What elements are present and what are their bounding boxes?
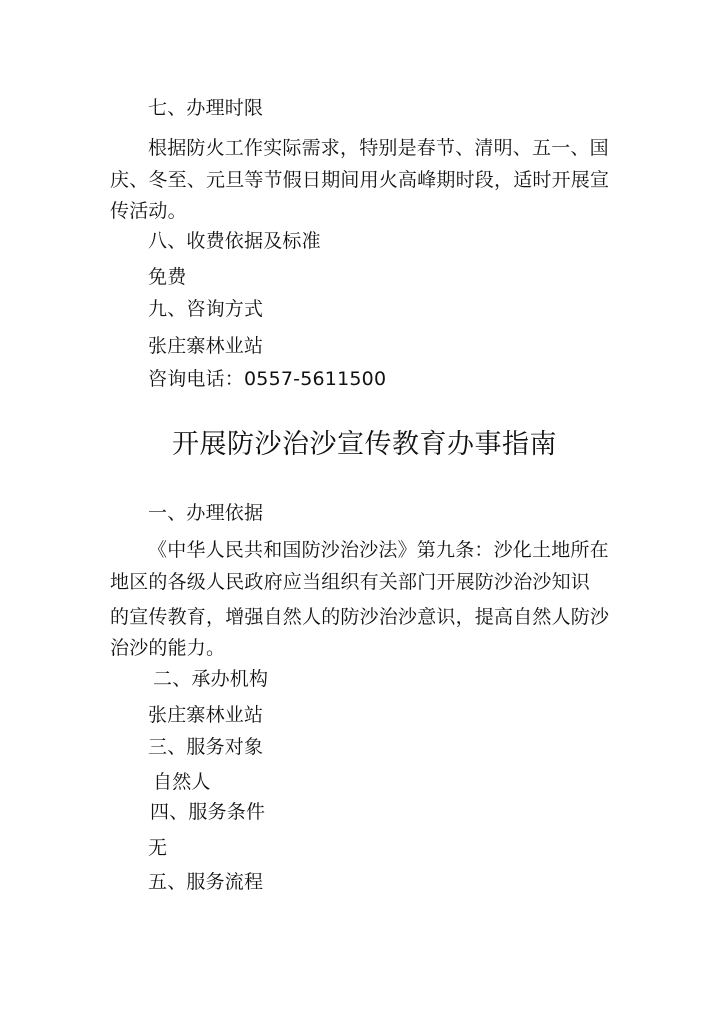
section-heading-service-target: 三、服务对象 (148, 735, 263, 759)
contact-organization: 张庄寨林业站 (148, 334, 263, 358)
organization-value: 张庄寨林业站 (148, 703, 263, 727)
section-heading-fees: 八、收费依据及标准 (148, 229, 321, 253)
phone-label: 咨询电话： (148, 368, 244, 390)
section-heading-contact: 九、咨询方式 (148, 297, 263, 321)
paragraph-line: 的宣传教育，增强自然人的防沙治沙意识，提高自然人防沙 (110, 605, 609, 629)
section-heading-service-conditions: 四、服务条件 (150, 800, 265, 824)
paragraph-line: 传活动。 (110, 199, 187, 223)
phone-number: 0557-5611500 (244, 368, 386, 390)
service-target-value: 自然人 (153, 770, 211, 794)
paragraph-line: 地区的各级人民政府应当组织有关部门开展防沙治沙知识 (110, 570, 590, 594)
page-title: 开展防沙治沙宣传教育办事指南 (172, 428, 557, 462)
paragraph-line: 《中华人民共和国防沙治沙法》第九条：沙化土地所在 (148, 538, 609, 562)
section-heading-service-process: 五、服务流程 (148, 870, 263, 894)
paragraph-line: 根据防火工作实际需求，特别是春节、清明、五一、国 (148, 136, 609, 160)
section-heading-time-limit: 七、办理时限 (148, 96, 263, 120)
fee-value: 免费 (148, 265, 186, 289)
paragraph-line: 庆、冬至、元旦等节假日期间用火高峰期时段，适时开展宣 (110, 168, 609, 192)
section-heading-organization: 二、承办机构 (153, 667, 268, 691)
contact-phone-row: 咨询电话：0557-5611500 (148, 367, 386, 391)
service-conditions-value: 无 (148, 836, 167, 860)
paragraph-line: 治沙的能力。 (110, 636, 225, 660)
section-heading-legal-basis: 一、办理依据 (148, 501, 263, 525)
